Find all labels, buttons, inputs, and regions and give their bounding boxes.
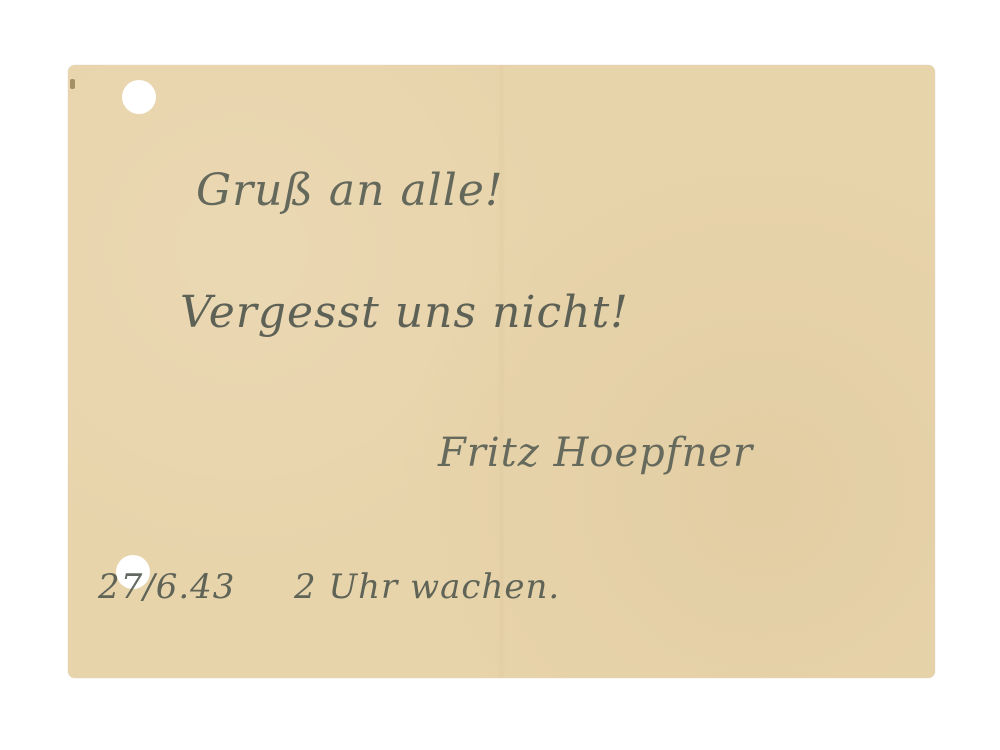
handwritten-message: Vergesst uns nicht! [180,287,629,338]
handwritten-date: 27/6.43 [98,567,235,607]
postcard: Gruß an alle! Vergesst uns nicht! Fritz … [68,65,935,678]
handwritten-signature: Fritz Hoepfner [438,430,753,476]
handwritten-time-note: 2 Uhr wachen. [294,567,560,607]
handwritten-greeting: Gruß an alle! [196,165,504,216]
edge-stain [70,79,75,89]
punch-hole-top [122,80,156,114]
stage: Gruß an alle! Vergesst uns nicht! Fritz … [0,0,1000,750]
